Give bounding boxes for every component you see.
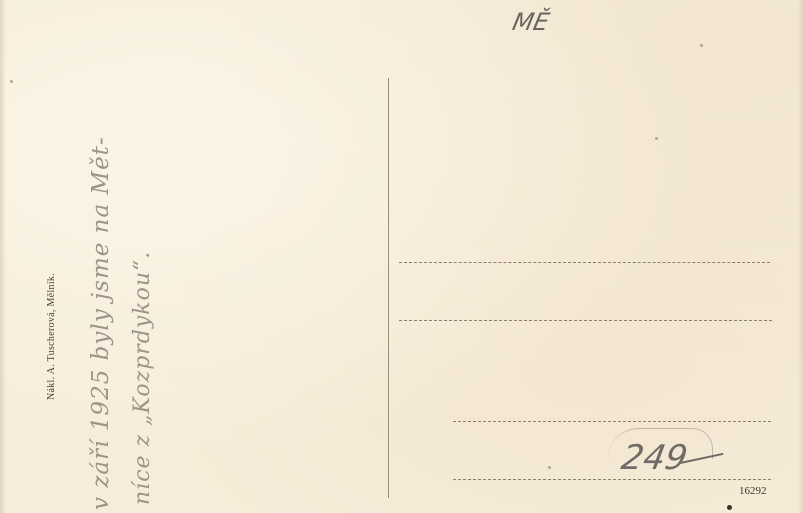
paper-speck [700,44,703,47]
paper-speck [10,80,13,83]
serial-number: 16292 [739,485,767,497]
postcard-back: Nákl. A. Tuscherová, Mělník. v září 1925… [0,0,804,513]
corner-pencil-mark: MĚ [510,8,552,36]
paper-speck [655,137,658,140]
handwritten-note-line-2: níce z „Kozprdykou“. [130,251,155,505]
paper-edge-right [798,0,804,513]
paper-edge-left [0,0,6,513]
message-address-divider [388,78,389,498]
ink-spot [727,505,732,510]
address-line-4 [453,479,771,480]
price-pencil-mark: 249 [618,438,690,478]
address-line-3 [453,421,771,422]
handwritten-note-line-1: v září 1925 byly jsme na Mět- [88,136,114,510]
paper-speck [548,466,551,469]
address-line-2 [399,320,772,321]
publisher-imprint: Nákl. A. Tuscherová, Mělník. [46,273,57,400]
address-line-1 [399,262,770,263]
